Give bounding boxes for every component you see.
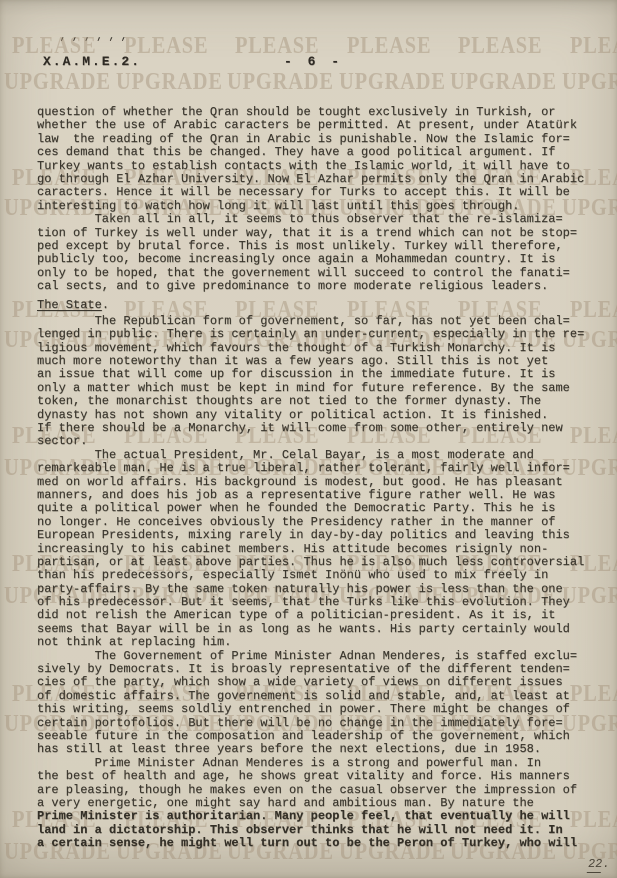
text-line: land in a dictatorship. This observer th… bbox=[37, 824, 603, 837]
watermark-word: PLEASE bbox=[570, 34, 617, 58]
text-line: of domestic affairs. The governement is … bbox=[37, 690, 603, 703]
text-line: dynasty has not shown any vitality or po… bbox=[37, 409, 603, 422]
text-line: interesting to watch how long it will la… bbox=[37, 200, 603, 213]
text-line: remarkeable man. He is a true liberal, r… bbox=[37, 462, 603, 475]
text-line: an issue that will come up for discussio… bbox=[37, 368, 603, 381]
text-line: lenged in public. There is certainly an … bbox=[37, 328, 603, 341]
text-line: increasingly to his cabinet members. His… bbox=[37, 543, 603, 556]
text-line: of his predecessor. But it seems, that t… bbox=[37, 596, 603, 609]
text-line: token, the monarchist thoughts are not t… bbox=[37, 395, 603, 408]
text-line: Prime Minister Adnan Menderes is a stron… bbox=[37, 757, 603, 770]
text-line: go through El Azhar University. Now El A… bbox=[37, 173, 603, 186]
text-line: ligious movement, which favours the thou… bbox=[37, 342, 603, 355]
text-line: partisan, or at least above parties. Thu… bbox=[37, 556, 603, 569]
text-line: seems that Bayar will be in as long as h… bbox=[37, 623, 603, 636]
text-line: manners, and does his job as a represent… bbox=[37, 489, 603, 502]
text-line: certain portofolios. But there will be n… bbox=[37, 717, 603, 730]
text-line: question of whether the Qran should be t… bbox=[37, 106, 603, 119]
text-line: med on world affairs. His background is … bbox=[37, 476, 603, 489]
footer-page-number: 22. bbox=[587, 857, 611, 871]
text-line: European Presidents, mixing rarely in da… bbox=[37, 529, 603, 542]
text-line: publicly too, become increasingly once a… bbox=[37, 253, 603, 266]
scanned-document-page: PLEASEPLEASEPLEASEPLEASEPLEASEPLEASEUPGR… bbox=[0, 0, 617, 878]
watermark-word: PLEASE bbox=[124, 34, 208, 58]
watermark-word: PLEASE bbox=[347, 34, 431, 58]
text-line: much more noteworthy than it was a few y… bbox=[37, 355, 603, 368]
text-line: Prime Minister is authoritarian. Many pe… bbox=[37, 810, 603, 823]
text-line: than his predecessors, especially Ismet … bbox=[37, 569, 603, 582]
text-line: The Republican form of governement, so f… bbox=[37, 315, 603, 328]
text-line: no longer. He conceives obviously the Pr… bbox=[37, 516, 603, 529]
text-line: The Governement of Prime Minister Adnan … bbox=[37, 650, 603, 663]
text-line: a certain sense, he might well turn out … bbox=[37, 837, 603, 850]
text-line: law the reading of the Qran in Arabic is… bbox=[37, 133, 603, 146]
document-body: question of whether the Qran should be t… bbox=[37, 106, 603, 850]
text-line: Turkey wants to establish contacts with … bbox=[37, 160, 603, 173]
text-line: If there should be a Monarchy, it will c… bbox=[37, 422, 603, 435]
text-line: tion of Turkey is well under way, that i… bbox=[37, 227, 603, 240]
watermark-word: UPGRADE bbox=[339, 70, 446, 94]
watermark-word: UPGRADE bbox=[116, 70, 223, 94]
watermark-word: PLEASE bbox=[12, 34, 96, 58]
text-line: only to be hoped, that the governement w… bbox=[37, 267, 603, 280]
watermark-word: UPGRADE bbox=[227, 70, 334, 94]
text-line: ces demand that this be changed. They ha… bbox=[37, 146, 603, 159]
text-line: this writing, seems soldliy entrenched i… bbox=[37, 703, 603, 716]
text-line: whether the use of Arabic caracters be p… bbox=[37, 119, 603, 132]
watermark-word: UPGRADE bbox=[4, 70, 111, 94]
text-line: seeable future in the composation and le… bbox=[37, 730, 603, 743]
text-line: the best of health and age, he shows gre… bbox=[37, 770, 603, 783]
watermark-word: UPGRADE bbox=[562, 70, 617, 94]
text-line: sector. bbox=[37, 435, 603, 448]
text-line: quite a political power when he founded … bbox=[37, 502, 603, 515]
text-line: only a matter which must be kept in mind… bbox=[37, 382, 603, 395]
text-line: Taken all in all, it seems to thus obser… bbox=[37, 213, 603, 226]
watermark-word: UPGRADE bbox=[450, 70, 557, 94]
text-line: cal sects, and to give predominance to m… bbox=[37, 280, 603, 293]
text-line: party-affairs. By the same token natural… bbox=[37, 583, 603, 596]
text-line: a very energetic, one might say hard and… bbox=[37, 797, 603, 810]
text-line: not think at replacing him. bbox=[37, 636, 603, 649]
text-line: has still at least three years before th… bbox=[37, 743, 603, 756]
text-line: are pleasing, though he makes even on th… bbox=[37, 784, 603, 797]
text-line: sively by Democrats. It is broasly repre… bbox=[37, 663, 603, 676]
text-line: did not relish the American type of a po… bbox=[37, 609, 603, 622]
watermark-word: PLEASE bbox=[458, 34, 542, 58]
section-heading: The State. bbox=[37, 299, 603, 312]
text-line: ped except by brutal force. This is most… bbox=[37, 240, 603, 253]
text-line: caracters. Hence it will be necessary fo… bbox=[37, 186, 603, 199]
text-line: cies of the party, which show a wide var… bbox=[37, 676, 603, 689]
watermark-word: PLEASE bbox=[235, 34, 319, 58]
text-line: The actual President, Mr. Celal Bayar, i… bbox=[37, 449, 603, 462]
